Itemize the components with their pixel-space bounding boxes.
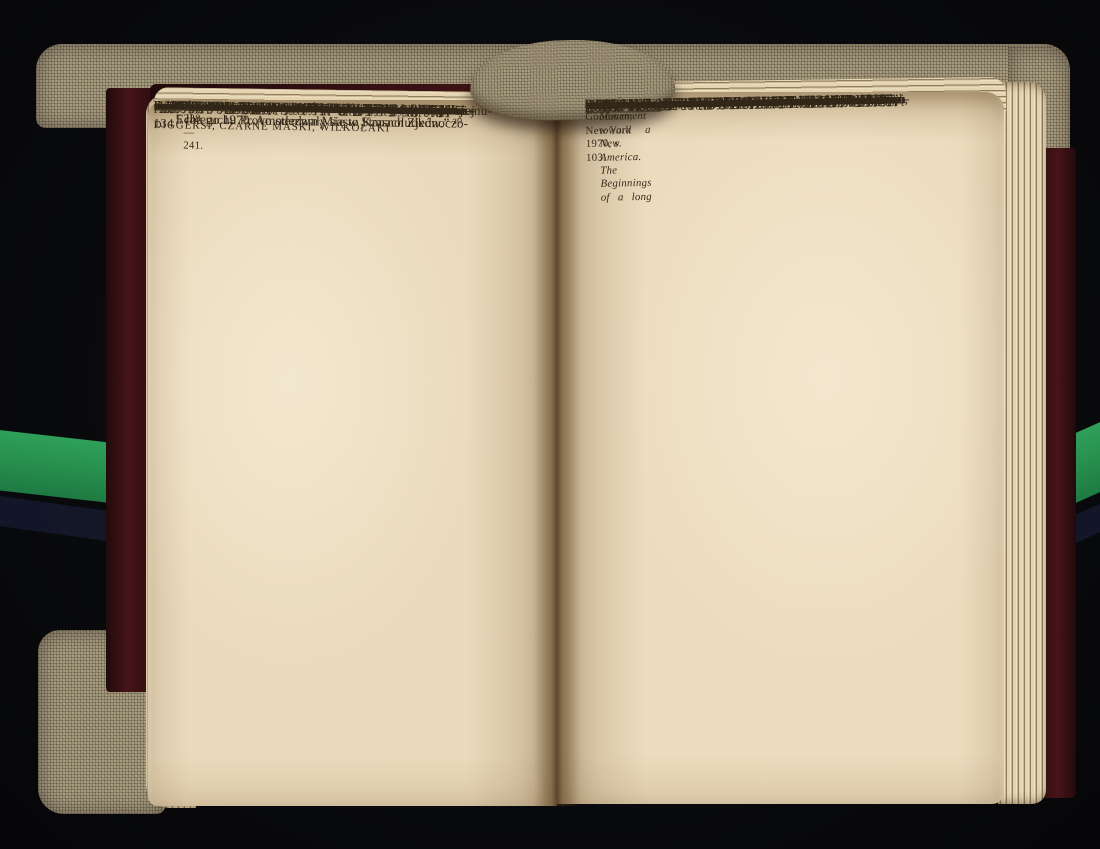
left-page — [148, 100, 557, 806]
footnote-pages: s. 238—241. — [183, 99, 204, 153]
page-number-left: 134 — [154, 116, 175, 131]
page-number-right: 135 — [585, 103, 606, 118]
page-stack-right-edge — [998, 82, 1046, 804]
photo-open-book: W dniu «otwarcia» Państwa Pomarańczowego… — [0, 0, 1100, 849]
spine-gutter-shadow — [534, 92, 580, 806]
